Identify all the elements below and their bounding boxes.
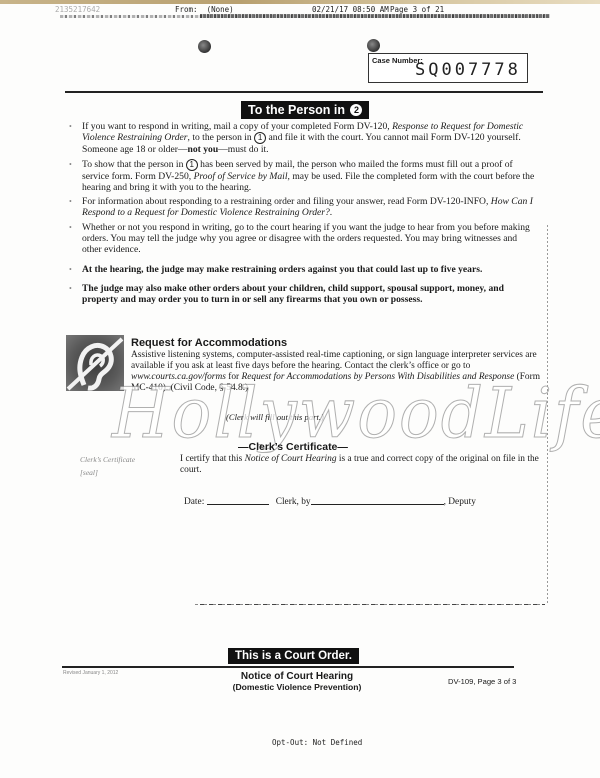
text-run: To show that the person in [82,159,186,170]
text-run: Whether or not you respond in writing, g… [82,222,530,256]
fax-noise-line-dark [200,14,550,18]
divider-bottom [62,666,514,668]
instruction-item: The judge may also make other orders abo… [69,283,539,306]
instruction-item: To show that the person in 1 has been se… [69,159,539,194]
text-run: www.courts.ca.gov/forms [131,372,226,382]
divider-dotted [195,604,545,605]
banner-text: To the Person in [248,103,345,117]
case-number-box: Case Number: SQ007778 [368,53,528,83]
fax-from-label: From: [175,5,198,14]
fax-page-count: Page 3 of 21 [390,5,444,14]
fax-from: From: (None) [175,5,234,14]
date-label: Date: [184,497,204,507]
fax-optout: Opt-Out: Not Defined [272,738,362,747]
circled-number-icon: 1 [186,159,198,171]
text-run: At the hearing, the judge may make restr… [82,264,482,275]
text-run: If you want to respond in writing, mail … [82,121,392,132]
clerk-certificate-title: —Clerk’s Certificate— [238,441,348,453]
date-field[interactable] [207,504,269,505]
text-run: not you [188,144,219,155]
clerk-certificate-body: I certify that this Notice of Court Hear… [180,454,540,476]
clerk-signature-line: Date: Clerk, by, Deputy [184,497,476,507]
fax-sender-number: 2135217642 [55,5,100,14]
punch-hole [367,39,380,52]
instruction-list: If you want to respond in writing, mail … [69,121,539,309]
clerk-label: Clerk, by [276,497,311,507]
text-run: for [226,372,242,382]
form-title: Notice of Court Hearing (Domestic Violen… [230,671,364,693]
circled-number-icon: 1 [254,132,266,144]
scan-edge [0,0,600,4]
instruction-item: For information about responding to a re… [69,196,539,219]
punch-hole [198,40,211,53]
accommodations-body: Assistive listening systems, computer-as… [131,350,541,394]
cert-body-form-name: Notice of Court Hearing [245,454,337,464]
text-run: Assistive listening systems, computer-as… [131,350,537,371]
certificate-side-label: Clerk’s Certificate [80,453,135,466]
instruction-item: At the hearing, the judge may make restr… [69,264,539,275]
margin-line [547,225,548,605]
clerk-signature-field[interactable] [311,504,444,505]
circled-number-icon: 2 [350,104,362,116]
accommodations-title: Request for Accommodations [131,337,287,349]
deputy-label: , Deputy [444,497,476,507]
fax-datetime: 02/21/17 08:50 AM [312,5,389,14]
seal-label: [seal] [80,466,135,479]
clerk-certificate-side: Clerk’s Certificate [seal] [80,453,135,479]
text-run: Request for Accommodations by Persons Wi… [242,372,515,382]
clerk-note: (Clerk will fill out this part.) [226,412,324,422]
cert-body-prefix: I certify that this [180,454,245,464]
hearing-assistance-icon [66,335,124,391]
fax-from-value: (None) [207,5,234,14]
form-subtitle: (Domestic Violence Prevention) [230,682,364,693]
text-run: For information about responding to a re… [82,196,491,207]
instruction-item: Whether or not you respond in writing, g… [69,222,539,256]
text-run: —must do it. [218,144,268,155]
text-run: . [330,207,332,218]
divider-top [65,91,543,93]
case-number-value: SQ007778 [415,60,521,80]
court-order-banner: This is a Court Order. [228,648,359,664]
instruction-item: If you want to respond in writing, mail … [69,121,539,156]
section-banner-person-2: To the Person in 2 [241,101,369,119]
text-run: The judge may also make other orders abo… [82,283,504,305]
form-page-number: DV-109, Page 3 of 3 [448,677,516,686]
form-title-main: Notice of Court Hearing [230,671,364,682]
text-run: , to the person in [188,132,255,143]
revision-date: Revised January 1, 2012 [63,670,118,676]
text-run: Proof of Service by Mail, [194,171,290,182]
